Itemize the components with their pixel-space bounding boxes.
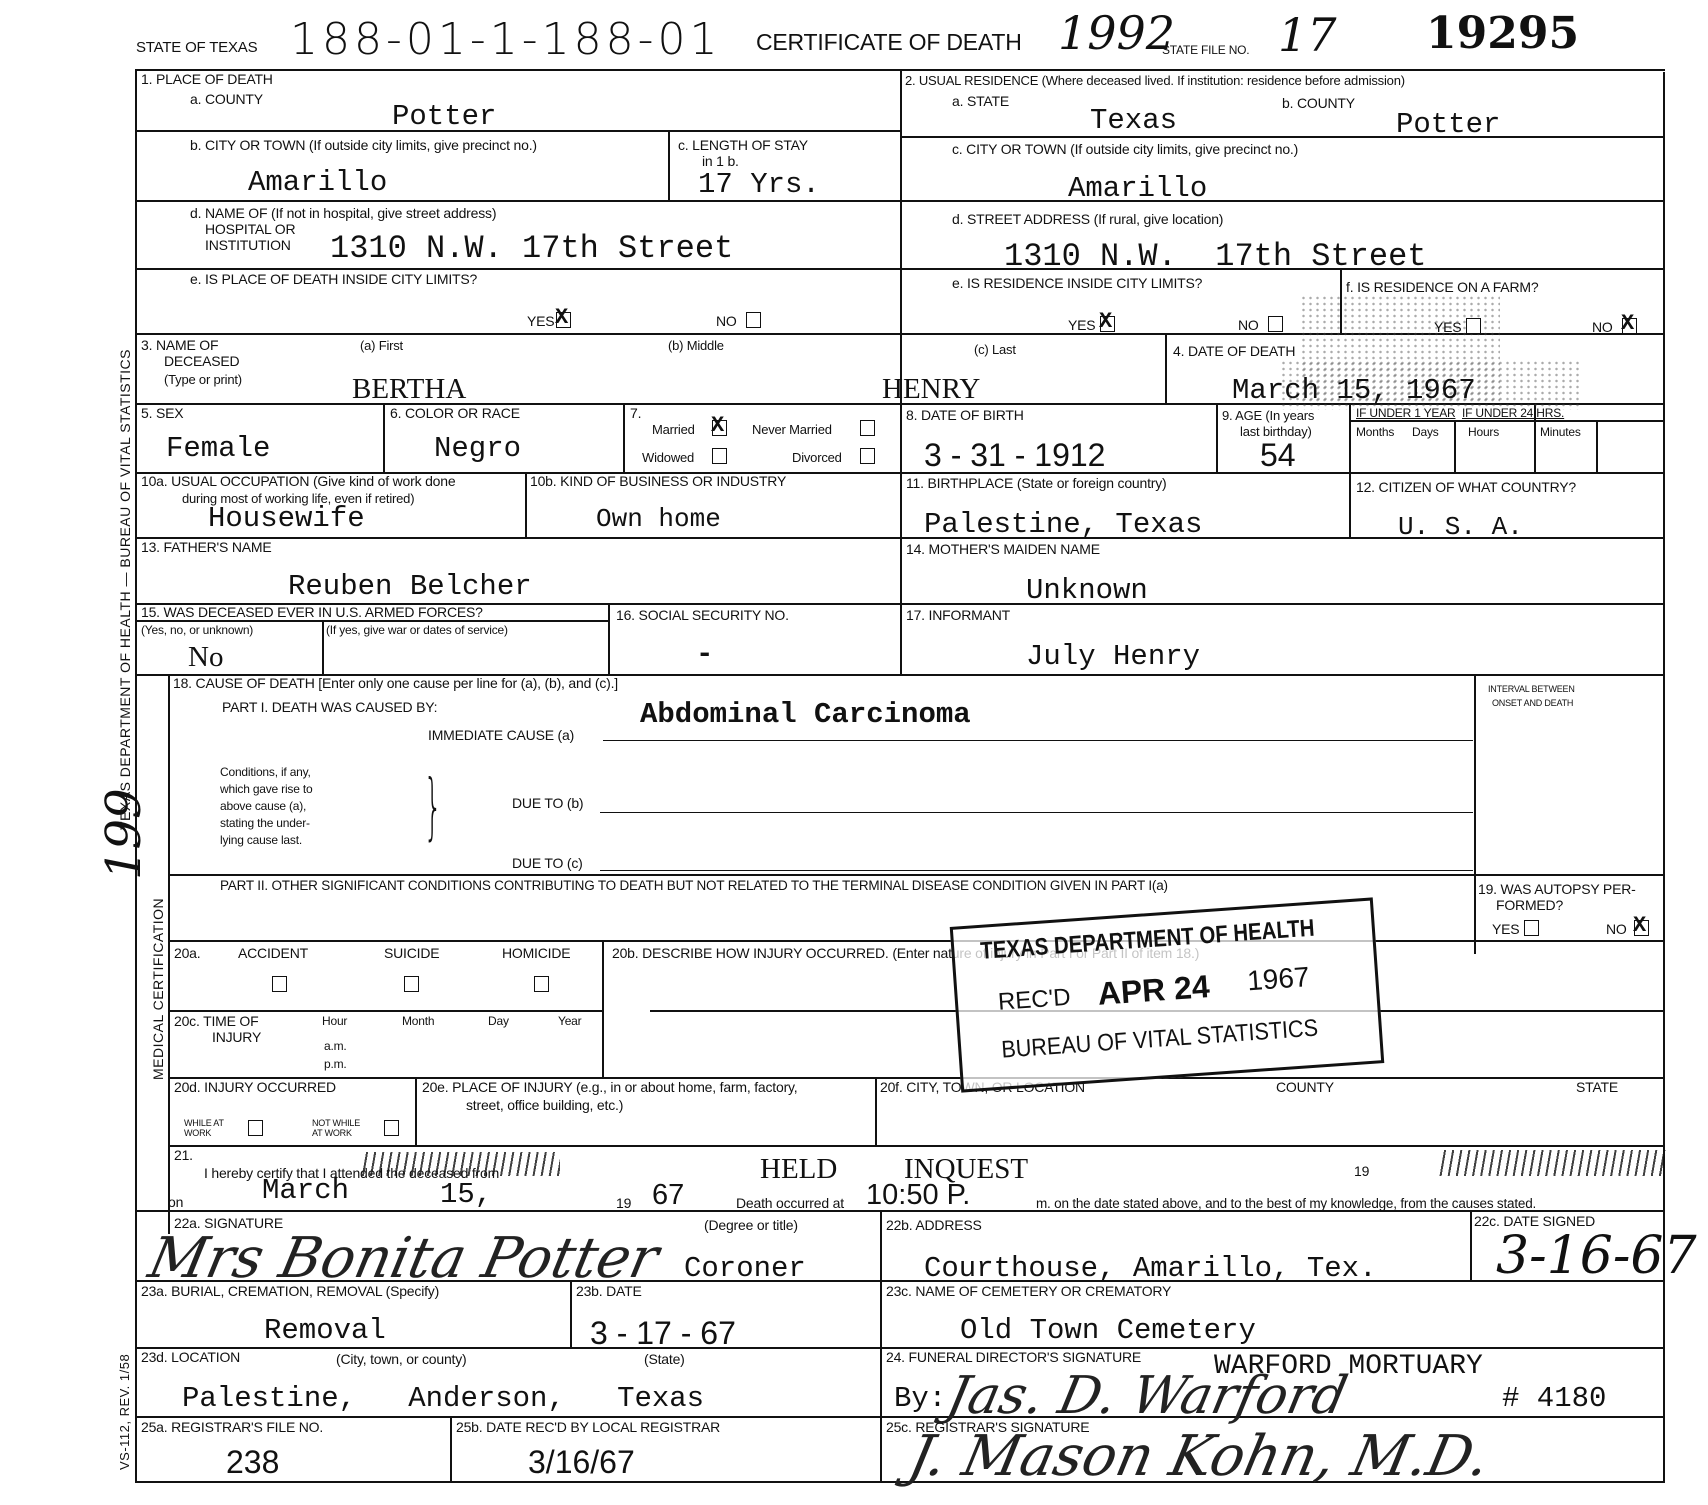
day-label: Day <box>488 1015 509 1028</box>
widowed-label: Widowed <box>642 450 694 465</box>
farm-label: f. IS RESIDENCE ON A FARM? <box>1346 280 1538 295</box>
occupation-label: 10a. USUAL OCCUPATION (Give kind of work… <box>141 474 455 489</box>
usual-occupation[interactable]: Housewife <box>208 504 365 534</box>
interval-label: INTERVAL BETWEEN <box>1488 682 1575 697</box>
handwritten-file-number: 17 <box>1278 8 1337 62</box>
residence-inside-no-label: NO <box>1238 318 1259 333</box>
residence-state-label: a. STATE <box>952 94 1009 109</box>
accident-checkbox[interactable] <box>272 976 287 992</box>
ssn-label: 16. SOCIAL SECURITY NO. <box>616 608 789 623</box>
farm-no-checkbox[interactable]: X <box>1622 318 1637 334</box>
nineteen-label: 19 <box>1354 1164 1369 1179</box>
disposition-date-label: 23b. DATE <box>576 1284 642 1299</box>
race-value[interactable]: Negro <box>434 434 521 464</box>
hospital-label-2: HOSPITAL OR <box>205 222 295 237</box>
injury-state-label: STATE <box>1576 1080 1618 1095</box>
street-address-label: d. STREET ADDRESS (If rural, give locati… <box>952 212 1223 227</box>
struck-out-text <box>360 1152 560 1176</box>
not-while-at-work-label: NOT WHILE <box>312 1118 360 1128</box>
time-of-injury-label-2: INJURY <box>212 1030 261 1045</box>
department-side-label: TEXAS DEPARTMENT OF HEALTH — BUREAU OF V… <box>117 349 133 830</box>
accident-label: ACCIDENT <box>238 946 308 961</box>
stamp-recd: REC'D <box>997 984 1071 1017</box>
age-value[interactable]: 54 <box>1260 440 1296 470</box>
cemetery-label: 23c. NAME OF CEMETERY OR CREMATORY <box>886 1284 1171 1299</box>
residence-inside-yes-label: YES <box>1068 318 1095 333</box>
autopsy-no-label: NO <box>1606 922 1627 937</box>
suicide-label: SUICIDE <box>384 946 439 961</box>
months-label: Months <box>1356 426 1394 439</box>
middle-name-label: (b) Middle <box>668 338 724 353</box>
inside-limits-yes-label: YES <box>527 314 554 329</box>
name-label-2: DECEASED <box>164 354 239 369</box>
struck-out-text-2 <box>1438 1150 1666 1176</box>
form-revision-label: VS-112, REV. 1/58 <box>117 1354 132 1470</box>
autopsy-yes-label: YES <box>1492 922 1519 937</box>
disposition-date[interactable]: 3 - 17 - 67 <box>590 1318 736 1348</box>
homicide-checkbox[interactable] <box>534 976 549 992</box>
armed-forces-label: 15. WAS DECEASED EVER IN U.S. ARMED FORC… <box>141 605 483 620</box>
month-label: Month <box>402 1015 434 1028</box>
certification-number: 21. <box>174 1148 193 1163</box>
business-label: 10b. KIND OF BUSINESS OR INDUSTRY <box>530 474 786 489</box>
mother-label: 14. MOTHER'S MAIDEN NAME <box>906 542 1100 557</box>
injury-kind-label: 20a. <box>174 946 200 961</box>
citizen-label: 12. CITIZEN OF WHAT COUNTRY? <box>1356 480 1576 495</box>
inside-city-limits-label: e. IS PLACE OF DEATH INSIDE CITY LIMITS? <box>190 272 477 287</box>
dob-label: 8. DATE OF BIRTH <box>906 408 1024 423</box>
never-married-label: Never Married <box>752 422 832 437</box>
on-label: on <box>168 1195 183 1210</box>
bracket: } <box>424 764 442 848</box>
place-of-death-county[interactable]: Potter <box>392 102 496 132</box>
place-of-death-city[interactable]: Amarillo <box>248 168 387 198</box>
residence-city-label: c. CITY OR TOWN (If outside city limits,… <box>952 142 1298 157</box>
injury-county-label: COUNTY <box>1276 1080 1334 1095</box>
disposition-location[interactable]: Palestine, Anderson, Texas <box>182 1384 704 1414</box>
father-label: 13. FATHER'S NAME <box>141 540 272 555</box>
received-stamp: TEXAS DEPARTMENT OF HEALTH REC'D APR 24 … <box>950 897 1385 1092</box>
widowed-checkbox[interactable] <box>712 448 727 464</box>
certification-year[interactable]: 67 <box>652 1180 684 1210</box>
degree-label: (Degree or title) <box>704 1218 798 1233</box>
age-label: 9. AGE (In years <box>1222 408 1314 423</box>
hours-label: Hours <box>1468 426 1499 439</box>
interval-label-2: ONSET AND DEATH <box>1492 696 1573 711</box>
city-label: b. CITY OR TOWN (If outside city limits,… <box>190 138 537 153</box>
autopsy-label-2: FORMED? <box>1496 898 1563 913</box>
hospital-or-address[interactable]: 1310 N.W. 17th Street <box>330 234 733 264</box>
informant-label: 17. INFORMANT <box>906 608 1010 623</box>
mother-maiden-name[interactable]: Unknown <box>1026 576 1148 606</box>
married-checkbox[interactable]: X <box>712 420 727 436</box>
hospital-label: d. NAME OF (If not in hospital, give str… <box>190 206 496 221</box>
married-label: Married <box>652 422 695 437</box>
name-label: 3. NAME OF <box>141 338 218 353</box>
autopsy-no-checkbox[interactable]: X <box>1634 920 1649 936</box>
stamp-bureau: BUREAU OF VITAL STATISTICS <box>1001 1015 1319 1065</box>
time-of-death[interactable]: 10:50 P. <box>866 1180 970 1210</box>
medical-frame-left <box>168 674 170 1234</box>
certifier-address[interactable]: Courthouse, Amarillo, Tex. <box>924 1254 1376 1284</box>
state-label: STATE OF TEXAS <box>136 40 257 55</box>
immediate-cause[interactable]: Abdominal Carcinoma <box>640 700 971 730</box>
marital-status-label: 7. <box>630 406 641 421</box>
residence-state[interactable]: Texas <box>1090 106 1177 136</box>
stamp-department: TEXAS DEPARTMENT OF HEALTH <box>980 915 1316 966</box>
farm-yes-checkbox[interactable] <box>1466 318 1481 334</box>
kind-of-business[interactable]: Own home <box>596 504 721 534</box>
father-name[interactable]: Reuben Belcher <box>288 572 532 602</box>
disposition-method-label: 23a. BURIAL, CREMATION, REMOVAL (Specify… <box>141 1284 439 1299</box>
race-label: 6. COLOR OR RACE <box>390 406 520 421</box>
date-of-death-label: 4. DATE OF DEATH <box>1173 344 1295 359</box>
farm-yes-label: YES <box>1434 320 1461 335</box>
farm-no-label: NO <box>1592 320 1613 335</box>
autopsy-label: 19. WAS AUTOPSY PER- <box>1478 882 1636 897</box>
citizenship[interactable]: U. S. A. <box>1398 512 1523 542</box>
funeral-license-number: # 4180 <box>1502 1384 1606 1414</box>
due-to-c-label: DUE TO (c) <box>512 856 583 871</box>
birthplace-label: 11. BIRTHPLACE (State or foreign country… <box>906 476 1167 491</box>
residence-inside-no-checkbox[interactable] <box>1268 316 1283 332</box>
sex-value[interactable]: Female <box>166 434 270 464</box>
stamp-year: 1967 <box>1246 961 1310 997</box>
minutes-label: Minutes <box>1540 426 1581 439</box>
residence-inside-limits-label: e. IS RESIDENCE INSIDE CITY LIMITS? <box>952 276 1202 291</box>
certifier-signature[interactable]: Mrs Bonita Potter <box>143 1226 664 1291</box>
location-sub-state: (State) <box>644 1352 685 1367</box>
disposition-method[interactable]: Removal <box>264 1316 386 1346</box>
handwritten-margin-number: 199 <box>96 788 152 880</box>
last-name[interactable]: HENRY <box>882 374 980 404</box>
medical-certification-side-label: MEDICAL CERTIFICATION <box>150 898 166 1080</box>
suicide-checkbox[interactable] <box>404 976 419 992</box>
certificate-title: CERTIFICATE OF DEATH <box>756 30 1022 54</box>
due-to-b-label: DUE TO (b) <box>512 796 583 811</box>
location-sub-city: (City, town, or county) <box>336 1352 467 1367</box>
held-text: HELD <box>760 1154 837 1184</box>
ssn-value[interactable]: - <box>696 640 713 670</box>
certification-month[interactable]: March <box>262 1176 349 1206</box>
birthplace[interactable]: Palestine, Texas <box>924 510 1202 540</box>
last-name-label: (c) Last <box>974 342 1016 357</box>
frame-left <box>135 70 137 1483</box>
place-of-death-label: 1. PLACE OF DEATH <box>141 72 273 87</box>
year-prefix: 19 <box>616 1196 631 1211</box>
usual-residence-label: 2. USUAL RESIDENCE (Where deceased lived… <box>905 73 1405 88</box>
first-name-label: (a) First <box>360 338 403 353</box>
residence-city[interactable]: Amarillo <box>1068 174 1207 204</box>
immediate-cause-label: IMMEDIATE CAUSE (a) <box>428 728 574 743</box>
pm-label: p.m. <box>324 1058 347 1071</box>
place-of-injury-label-2: street, office building, etc.) <box>466 1098 623 1113</box>
sex-label: 5. SEX <box>141 406 183 421</box>
part1-label: PART I. DEATH WAS CAUSED BY: <box>222 700 437 715</box>
handwritten-year: 1992 <box>1058 6 1175 60</box>
inside-limits-no-label: NO <box>716 314 737 329</box>
informant-name[interactable]: July Henry <box>1026 642 1200 672</box>
residence-inside-yes-checkbox[interactable]: X <box>1100 316 1115 332</box>
certifier-title[interactable]: Coroner <box>684 1254 806 1284</box>
certification-tail-text: m. on the date stated above, and to the … <box>1036 1196 1536 1211</box>
armed-forces-sub-2: (If yes, give war or dates of service) <box>326 624 508 637</box>
date-of-birth[interactable]: 3 - 31 - 1912 <box>924 440 1105 470</box>
length-of-stay-sublabel: in 1 b. <box>702 154 739 169</box>
days-label: Days <box>1412 426 1439 439</box>
certification-day[interactable]: 15, <box>440 1180 492 1210</box>
residence-county-label: b. COUNTY <box>1282 96 1355 111</box>
stamped-certificate-number: 19295 <box>1426 8 1579 59</box>
address-label: 22b. ADDRESS <box>886 1218 982 1233</box>
date-signed[interactable]: 3-16-67 <box>1496 1226 1697 1286</box>
funeral-director-label: 24. FUNERAL DIRECTOR'S SIGNATURE <box>886 1350 1141 1365</box>
divorced-checkbox[interactable] <box>860 448 875 464</box>
year-label: Year <box>558 1015 581 1028</box>
death-occurred-label: Death occurred at <box>736 1196 844 1211</box>
stamp-date: APR 24 <box>1096 968 1210 1013</box>
never-married-checkbox[interactable] <box>860 420 875 436</box>
column-divider <box>900 70 902 674</box>
hour-label: Hour <box>322 1015 347 1028</box>
cause-of-death-label: 18. CAUSE OF DEATH [Enter only one cause… <box>173 676 618 691</box>
am-label: a.m. <box>324 1040 347 1053</box>
name-label-3: (Type or print) <box>164 372 242 387</box>
homicide-label: HOMICIDE <box>502 946 570 961</box>
while-at-work-label: WHILE AT <box>184 1118 224 1128</box>
registrar-signature[interactable]: J. Mason Kohn, M.D. <box>903 1424 1495 1489</box>
time-of-injury-label: 20c. TIME OF <box>174 1014 258 1029</box>
county-label: a. COUNTY <box>190 92 263 107</box>
registrar-date-label: 25b. DATE REC'D BY LOCAL REGISTRAR <box>456 1420 720 1435</box>
registrar-file-number[interactable]: 238 <box>226 1444 279 1481</box>
hospital-label-3: INSTITUTION <box>205 238 291 253</box>
while-at-work-checkbox[interactable] <box>248 1120 263 1136</box>
cemetery-name[interactable]: Old Town Cemetery <box>960 1316 1256 1346</box>
funeral-by-label: By: <box>894 1384 946 1414</box>
registrar-date[interactable]: 3/16/67 <box>528 1444 635 1481</box>
handwritten-district-number: 188-01-1-188-01 <box>290 14 721 65</box>
part2-label: PART II. OTHER SIGNIFICANT CONDITIONS CO… <box>220 878 1168 893</box>
place-of-injury-label: 20e. PLACE OF INJURY (e.g., in or about … <box>422 1080 798 1095</box>
under-1-year-label: IF UNDER 1 YEAR <box>1356 407 1455 420</box>
registrar-file-label: 25a. REGISTRAR'S FILE NO. <box>141 1420 323 1435</box>
divorced-label: Divorced <box>792 450 842 465</box>
residence-county[interactable]: Potter <box>1396 110 1500 140</box>
autopsy-yes-checkbox[interactable] <box>1524 920 1539 936</box>
armed-forces-value[interactable]: No <box>188 642 223 672</box>
injury-occurred-label: 20d. INJURY OCCURRED <box>174 1080 336 1095</box>
state-file-label: STATE FILE NO. <box>1162 44 1249 57</box>
length-of-stay[interactable]: 17 Yrs. <box>698 170 820 200</box>
under-24-hours-label: IF UNDER 24 HRS. <box>1462 407 1564 420</box>
armed-forces-sub-1: (Yes, no, or unknown) <box>141 624 253 637</box>
not-while-at-work-checkbox[interactable] <box>384 1120 399 1136</box>
date-of-death[interactable]: March 15, 1967 <box>1232 376 1476 406</box>
inside-limits-yes-checkbox[interactable]: X <box>556 312 571 328</box>
funeral-director-signature[interactable]: Jas. D. Warford <box>942 1366 1353 1426</box>
location-label: 23d. LOCATION <box>141 1350 240 1365</box>
inside-limits-no-checkbox[interactable] <box>746 312 761 328</box>
length-of-stay-label: c. LENGTH OF STAY <box>678 138 808 153</box>
street-address[interactable]: 1310 N.W. 17th Street <box>1004 242 1426 272</box>
first-name[interactable]: BERTHA <box>352 374 466 404</box>
